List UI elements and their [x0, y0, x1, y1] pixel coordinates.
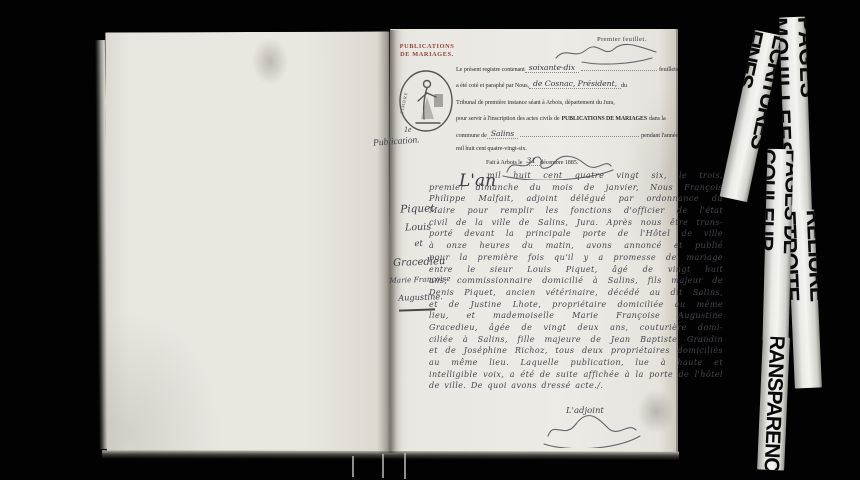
- form-line-7: Fait à Arbois le 31 décembre 1885.: [456, 152, 678, 165]
- handwritten-fill-day: 31: [522, 156, 540, 166]
- form-line-5: commune de Salins pendant l'année: [456, 122, 678, 139]
- act-line: porté devant la principale porte de l'Hô…: [429, 228, 723, 240]
- signature-flourish-adjoint: [540, 412, 645, 448]
- act-line: ans, commissionnaire domicilié à Salins,…: [429, 275, 723, 287]
- handwritten-fill-feuillets-count: soixante-dix: [525, 63, 579, 73]
- handwritten-fill-president: de Cosnac, Président,: [529, 79, 621, 89]
- stamp-line2: DE MARIAGES.: [396, 51, 458, 59]
- act-line: Philippe Malfait, adjoint délégué par or…: [429, 193, 723, 205]
- archive-scan-viewport: PUBLICATIONS DE MARIAGES. TIMBRE Premier…: [0, 0, 860, 480]
- form-line-3: Tribunal de première instance séant à Ar…: [456, 89, 678, 106]
- publication-number-sup: 1e: [404, 125, 412, 134]
- act-line: ciliée à Salins, fille majeure de Jean B…: [429, 334, 723, 346]
- act-line: et de Justine Lhote, propriétaire domici…: [429, 299, 723, 311]
- act-line: à onze heures du matin, avons annoncé et…: [429, 240, 723, 252]
- printed-form: Le présent registre contenant soixante-d…: [456, 56, 678, 166]
- page-ribbon: [404, 453, 406, 479]
- marriage-publication-act: mil huit cent quatre vingt six, le trois…: [429, 170, 723, 392]
- act-line: entre le sieur Louis Piquet, âgé de ving…: [429, 264, 723, 276]
- act-line: au même lieu. Laquelle publication, lue …: [429, 357, 723, 369]
- stamp-line1: PUBLICATIONS: [396, 43, 458, 51]
- act-line: mil huit cent quatre vingt six, le trois…: [429, 170, 723, 182]
- act-line: pour la première fois qu'il y a promesse…: [429, 252, 723, 264]
- left-blank-page: [105, 32, 390, 454]
- act-line: civil de la ville de Salins, Jura. Après…: [429, 217, 723, 229]
- act-line: premier dimanche du mois de janvier, Nou…: [429, 182, 723, 194]
- label-reliure-etroite: RELIURE ETROITE: [787, 209, 822, 388]
- form-line-4: pour servir à l'inscription des actes ci…: [456, 106, 678, 123]
- act-line: intelligible voix, a été de suite affich…: [429, 369, 723, 381]
- page-ribbon: [382, 454, 384, 478]
- form-line-6: mil huit cent quatre-vingt-six.: [456, 139, 678, 152]
- form-line-1: Le présent registre contenant soixante-d…: [456, 56, 678, 73]
- act-line: Maire pour remplir les fonctions d'offic…: [429, 205, 723, 217]
- label-pages-de-couleur: PAGES DE COULEUR: [762, 149, 793, 342]
- act-line: Gracedieu, âgée de vingt deux ans, coutu…: [429, 322, 723, 334]
- act-line: lieu, et mademoiselle Marie Françoise Au…: [429, 310, 723, 322]
- act-line: et de Joséphine Richoz, tous deux propri…: [429, 345, 723, 357]
- act-line: de ville. De quoi avons dressé acte./.: [429, 380, 723, 392]
- form-line-2: a été coté et paraphé par Nous, de Cosna…: [456, 73, 678, 90]
- label-transparence: TRANSPARENCE: [757, 336, 790, 470]
- page-ribbon: [352, 456, 354, 477]
- publications-de-mariages-stamp: PUBLICATIONS DE MARIAGES.: [396, 43, 458, 59]
- act-line: Denis Piquet, ancien vétérinaire, décédé…: [429, 287, 723, 299]
- handwritten-fill-commune: Salins: [487, 129, 518, 139]
